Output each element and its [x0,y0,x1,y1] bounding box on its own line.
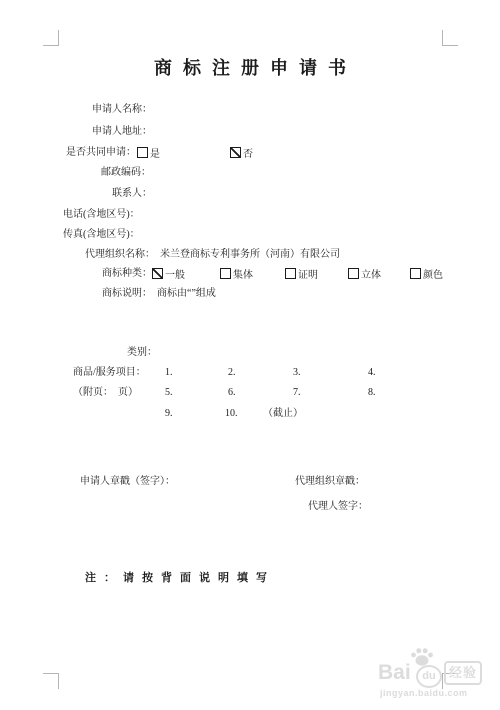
trademark-type-option-color: 颜色 [410,268,443,282]
agency-name-value: 米兰登商标专利事务所（河南）有限公司 [160,249,340,260]
goods-item-8: 8. [368,387,376,399]
baidu-jingyan-watermark: Bai du 经验 jingyan.baidu.com [372,646,497,702]
margin-corner-mark-top-right [442,30,458,46]
agency-name-label: 代理组织名称： [85,249,155,260]
trademark-type-option-collective: 集体 [220,268,253,282]
checkbox-joint-no[interactable] [230,147,241,158]
contact-person-label: 联系人： [112,188,152,199]
goods-items-cutoff-label: （截止） [263,408,303,420]
watermark-url: jingyan.baidu.com [380,688,468,698]
applicant-name-label: 申请人名称： [92,104,152,115]
joint-application-option-no: 否 [230,147,253,161]
field-agency-name: 代理组织名称：米兰登商标专利事务所（河南）有限公司 [85,249,340,261]
goods-item-4: 4. [368,367,376,379]
applicant-address-label: 申请人地址： [92,126,152,137]
trademark-type-label: 商标种类： [102,268,152,280]
field-trademark-desc: 商标说明：商标由“”组成 [102,288,216,300]
margin-corner-mark-bottom-left [43,673,59,689]
goods-item-9: 9. [165,408,173,420]
document-page: 商标注册申请书 申请人名称： 申请人地址： 是否共同申请： 是 否 邮政编码： … [0,0,500,710]
trademark-desc-value: 商标由“”组成 [157,288,216,299]
goods-services-label: 商品/服务项目： [73,367,146,379]
document-title: 商标注册申请书 [0,58,500,78]
joint-yes-label: 是 [150,149,160,160]
trademark-type-option-certification: 证明 [285,268,318,282]
goods-item-6: 6. [228,387,236,399]
type-collective-label: 集体 [233,270,253,281]
goods-item-2: 2. [228,367,236,379]
joint-application-label: 是否共同申请： [66,147,136,159]
agency-seal-label: 代理组织章戳： [295,476,365,488]
goods-item-1: 1. [165,367,173,379]
trademark-type-option-3d: 立体 [348,268,381,282]
checkbox-type-3d[interactable] [348,268,359,279]
field-category: 类别： [127,347,162,359]
type-color-label: 颜色 [423,270,443,281]
watermark-brand-suffix: du [416,665,442,688]
field-applicant-address: 申请人地址： [92,126,157,138]
field-phone: 电话(含地区号)： [63,209,145,221]
trademark-desc-label: 商标说明： [102,288,152,299]
checkbox-joint-yes[interactable] [137,147,148,158]
type-3d-label: 立体 [361,270,381,281]
checkbox-type-collective[interactable] [220,268,231,279]
joint-no-label: 否 [243,149,253,160]
agent-signature-label: 代理人签字： [308,501,368,513]
type-general-label: 一般 [165,270,185,281]
applicant-seal-label: 申请人章戳（签字）： [80,476,175,488]
fill-instruction-note: 注：请按背面说明填写 [85,572,275,584]
trademark-type-option-general: 一般 [152,268,185,282]
goods-item-10: 10. [225,408,238,420]
goods-item-5: 5. [165,387,173,399]
checkbox-type-certification[interactable] [285,268,296,279]
type-certification-label: 证明 [298,270,318,281]
postal-code-label: 邮政编码： [101,167,151,178]
category-label: 类别： [127,347,157,358]
watermark-brand-cn: 经验 [444,661,482,685]
phone-label: 电话(含地区号)： [63,209,140,220]
field-contact-person: 联系人： [112,188,157,200]
watermark-brand-prefix: Bai [378,662,411,684]
field-applicant-name: 申请人名称： [92,104,157,116]
goods-item-3: 3. [293,367,301,379]
attachment-pages-label: （附页： 页） [73,387,138,399]
joint-application-option-yes: 是 [137,147,160,161]
fax-label: 传真(含地区号)： [63,229,140,240]
margin-corner-mark-top-left [43,30,59,46]
field-fax: 传真(含地区号)： [63,229,145,241]
field-postal-code: 邮政编码： [101,167,156,179]
goods-item-7: 7. [293,387,301,399]
checkbox-type-color[interactable] [410,268,421,279]
checkbox-type-general[interactable] [152,268,163,279]
